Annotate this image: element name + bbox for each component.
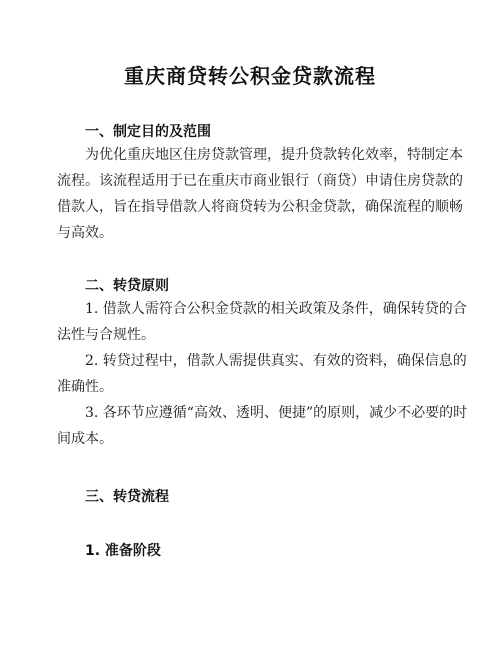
list-item-2-line: 2. 转贷过程中，借款人需提供真实、有效的资料，确保信息的 [57, 348, 449, 374]
section-1-paragraph: 为优化重庆地区住房贷款管理，提升贷款转化效率，特制定本 流程。该流程适用于已在重… [57, 142, 449, 246]
section-2-heading: 二、转贷原则 [85, 275, 169, 295]
list-item-1-line: 1. 借款人需符合公积金贷款的相关政策及条件，确保转贷的合 [57, 296, 449, 322]
document-title: 重庆商贷转公积金贷款流程 [0, 60, 500, 89]
list-item-1-line: 法性与合规性。 [57, 322, 449, 348]
list-item-3-line: 间成本。 [57, 426, 449, 452]
section-1-heading: 一、制定目的及范围 [85, 121, 211, 141]
list-item-3-line: 3. 各环节应遵循“高效、透明、便捷”的原则，减少不必要的时 [57, 400, 449, 426]
paragraph-line: 为优化重庆地区住房贷款管理，提升贷款转化效率，特制定本 [57, 142, 449, 168]
document-page: 重庆商贷转公积金贷款流程 一、制定目的及范围 为优化重庆地区住房贷款管理，提升贷… [0, 0, 500, 647]
paragraph-line: 流程。该流程适用于已在重庆市商业银行（商贷）申请住房贷款的 [57, 168, 449, 194]
list-item-2-line: 准确性。 [57, 374, 449, 400]
paragraph-line: 借款人，旨在指导借款人将商贷转为公积金贷款，确保流程的顺畅 [57, 194, 449, 220]
section-3-subheading: 1. 准备阶段 [85, 540, 161, 560]
paragraph-line: 与高效。 [57, 220, 449, 246]
section-2-list: 1. 借款人需符合公积金贷款的相关政策及条件，确保转贷的合 法性与合规性。 2.… [57, 296, 449, 452]
section-3-heading: 三、转贷流程 [85, 486, 169, 506]
